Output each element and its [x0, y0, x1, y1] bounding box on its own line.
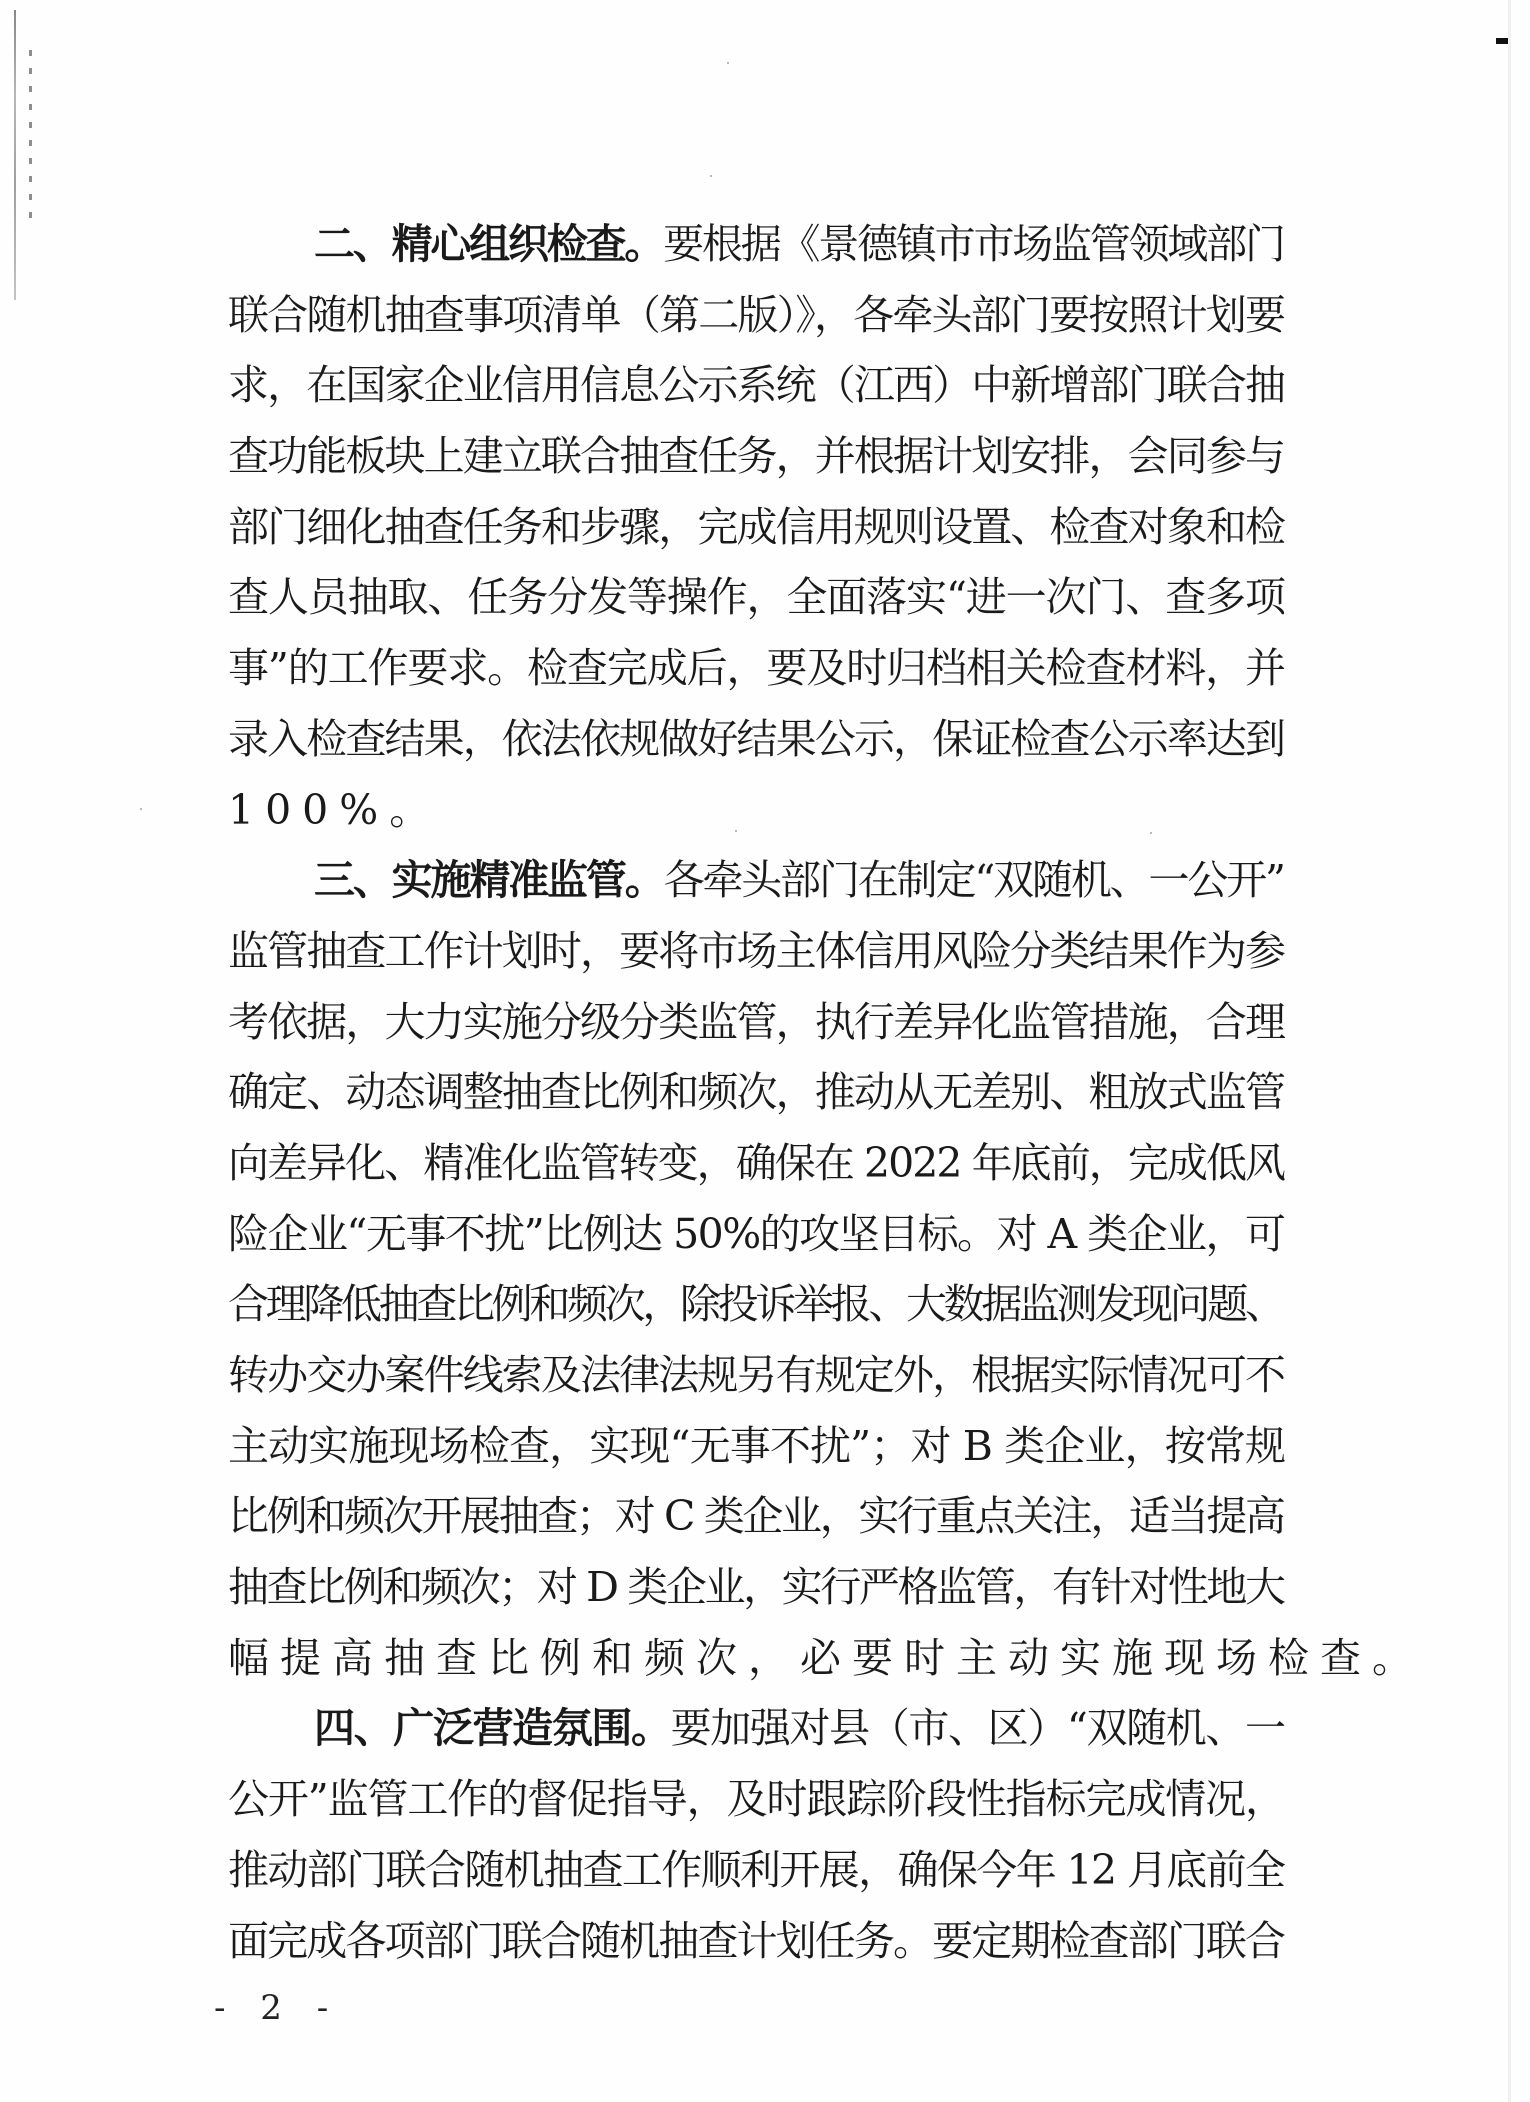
paragraph-line: 合理降低抽查比例和频次，除投诉举报、大数据监测发现问题、 [228, 1269, 1286, 1340]
paragraph-line: 查功能板块上建立联合抽查任务，并根据计划安排，会同参与 [228, 421, 1286, 492]
paragraph-line: 录入检查结果，依法依规做好结果公示，保证检查公示率达到 [228, 704, 1286, 775]
paragraph-line: 推动部门联合随机抽查工作顺利开展，确保今年 12 月底前全 [228, 1835, 1286, 1906]
paragraph-line: 100%。 [228, 775, 1286, 846]
section-heading: 二、精心组织检查。 [314, 220, 663, 268]
paragraph-line: 求，在国家企业信用信息公示系统（江西）中新增部门联合抽 [228, 350, 1286, 421]
paragraph-line: 三、实施精准监管。各牵头部门在制定“双随机、一公开” [228, 845, 1286, 916]
scan-speck [727, 62, 729, 64]
paragraph-line: 公开”监管工作的督促指导，及时跟踪阶段性指标完成情况， [228, 1764, 1286, 1835]
paragraph-line: 主动实施现场检查，实现“无事不扰”；对 B 类企业，按常规 [228, 1411, 1286, 1482]
paragraph-line: 险企业“无事不扰”比例达 50%的攻坚目标。对 A 类企业，可 [228, 1199, 1286, 1270]
scan-dots-artifact [29, 50, 32, 230]
paragraph-line: 四、广泛营造氛围。要加强对县（市、区）“双随机、一 [228, 1693, 1286, 1764]
paragraph-line: 二、精心组织检查。要根据《景德镇市市场监管领域部门 [228, 209, 1286, 280]
document-body: 二、精心组织检查。要根据《景德镇市市场监管领域部门 联合随机抽查事项清单（第二版… [228, 209, 1286, 1976]
paragraph-line: 联合随机抽查事项清单（第二版）》，各牵头部门要按照计划要 [228, 280, 1286, 351]
line-text: 要根据《景德镇市市场监管领域部门 [663, 220, 1284, 268]
line-text: 各牵头部门在制定“双随机、一公开” [664, 856, 1284, 904]
scan-speck [140, 808, 142, 810]
paragraph-line: 事”的工作要求。检查完成后，要及时归档相关检查材料，并 [228, 633, 1286, 704]
section-heading: 三、实施精准监管。 [314, 856, 664, 904]
paragraph-line: 抽查比例和频次；对 D 类企业，实行严格监管，有针对性地大 [228, 1552, 1286, 1623]
paragraph-line: 幅提高抽查比例和频次，必要时主动实施现场检查。 [228, 1623, 1286, 1694]
registration-mark [1496, 38, 1508, 44]
paragraph-line: 考依据，大力实施分级分类监管，执行差异化监管措施，合理 [228, 987, 1286, 1058]
paragraph-line: 确定、动态调整抽查比例和频次，推动从无差别、粗放式监管 [228, 1057, 1286, 1128]
line-text: 要加强对县（市、区）“双随机、一 [671, 1704, 1285, 1752]
scanned-document-page: 二、精心组织检查。要根据《景德镇市市场监管领域部门 联合随机抽查事项清单（第二版… [0, 0, 1530, 2102]
paragraph-line: 转办交办案件线索及法律法规另有规定外，根据实际情况可不 [228, 1340, 1286, 1411]
page-edge-shadow [1508, 0, 1511, 2102]
scan-edge-artifact [14, 10, 16, 300]
scan-speck [710, 175, 712, 177]
section-heading: 四、广泛营造氛围。 [314, 1704, 671, 1752]
page-number: - 2 - [214, 1988, 340, 2028]
paragraph-line: 部门细化抽查任务和步骤，完成信用规则设置、检查对象和检 [228, 492, 1286, 563]
paragraph-line: 比例和频次开展抽查；对 C 类企业，实行重点关注，适当提高 [228, 1481, 1286, 1552]
paragraph-line: 查人员抽取、任务分发等操作，全面落实“进一次门、查多项 [228, 562, 1286, 633]
paragraph-line: 向差异化、精准化监管转变，确保在 2022 年底前，完成低风 [228, 1128, 1286, 1199]
paragraph-line: 监管抽查工作计划时，要将市场主体信用风险分类结果作为参 [228, 916, 1286, 987]
paragraph-line: 面完成各项部门联合随机抽查计划任务。要定期检查部门联合 [228, 1906, 1286, 1977]
